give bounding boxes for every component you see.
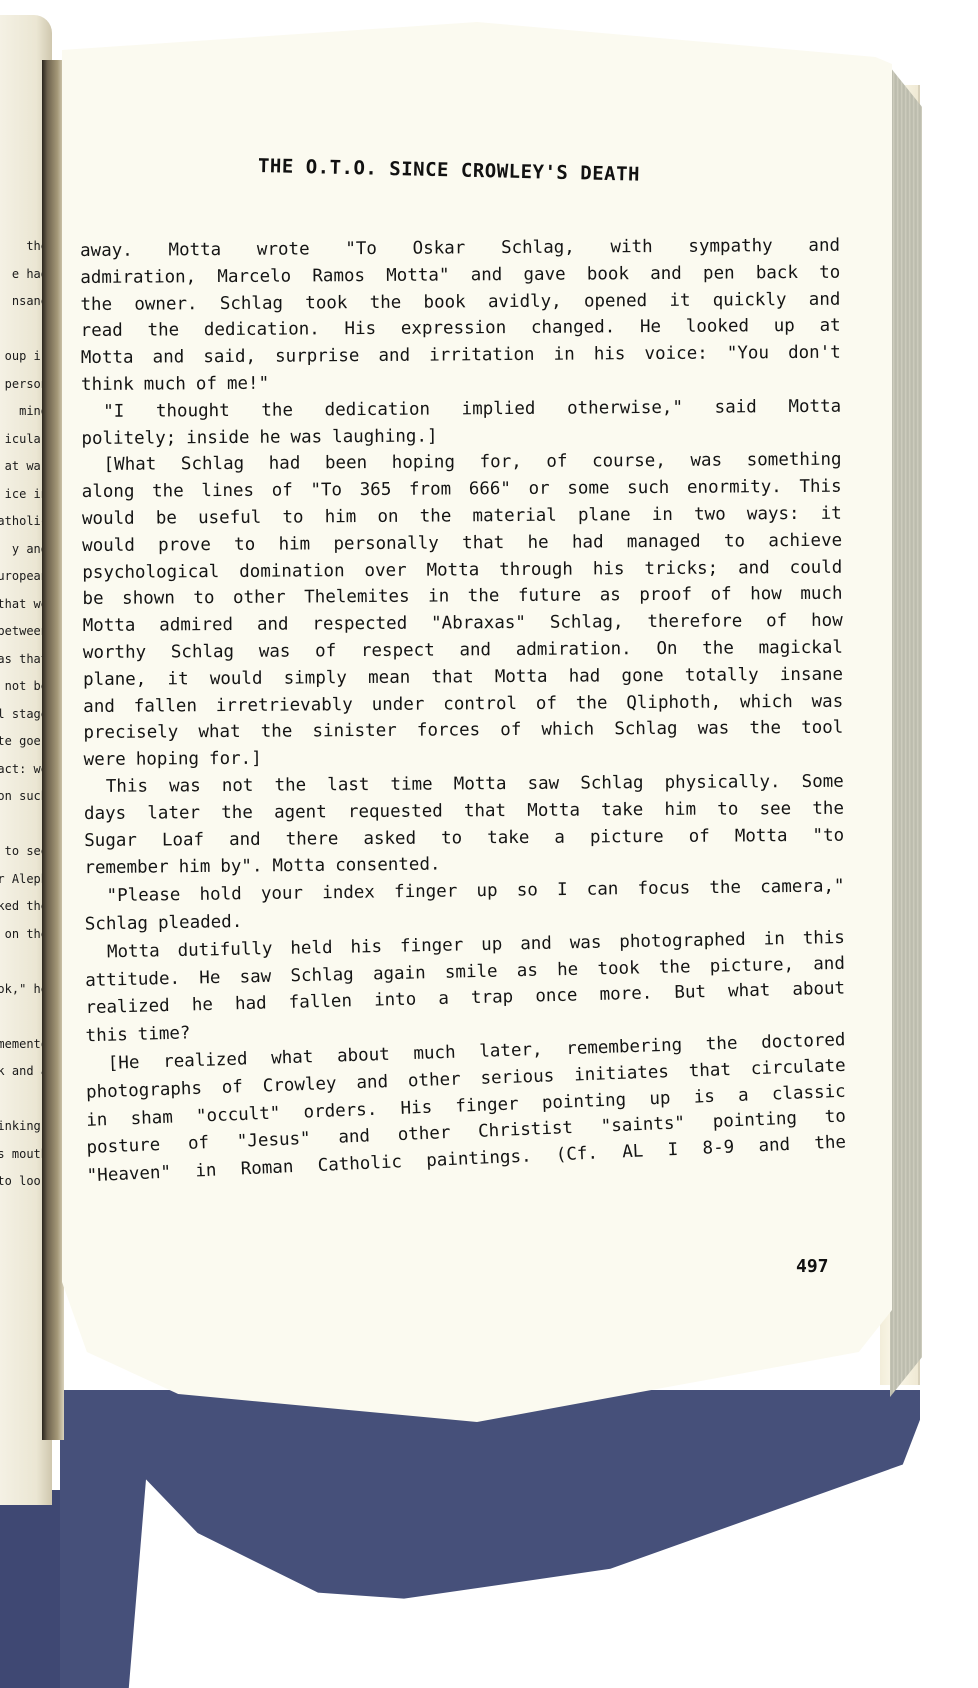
word: the xyxy=(705,1031,737,1059)
word: how xyxy=(811,608,843,635)
word: Motta xyxy=(272,853,325,880)
word: last xyxy=(327,772,369,799)
word: He xyxy=(640,314,661,341)
word: psychological xyxy=(82,559,219,587)
word: Qliphoth, xyxy=(626,689,721,716)
word: worthy xyxy=(83,640,146,667)
word: hoping xyxy=(136,746,199,773)
word: him xyxy=(325,504,357,531)
word: of xyxy=(500,717,521,744)
word: the xyxy=(370,289,402,316)
word: AL xyxy=(622,1139,644,1167)
word: paintings. xyxy=(426,1144,532,1175)
word: the xyxy=(659,954,691,982)
word: opened xyxy=(584,288,647,315)
word: some xyxy=(567,475,609,502)
word: Thelemites xyxy=(304,584,410,612)
page-edges-stack xyxy=(890,67,922,1397)
word: the xyxy=(702,635,734,662)
word: I xyxy=(557,877,568,904)
word: admiration. xyxy=(516,636,632,664)
left-page-fragment: ked the xyxy=(0,893,48,921)
word: Motta xyxy=(81,345,134,372)
left-page-fragment: the xyxy=(0,233,48,261)
word: gave xyxy=(523,261,565,288)
word: future xyxy=(518,583,581,610)
word: along xyxy=(82,479,135,506)
word: him xyxy=(179,854,211,881)
word: about xyxy=(792,976,845,1004)
word: realized xyxy=(85,993,170,1022)
word: laughing.] xyxy=(332,423,438,451)
word: personally xyxy=(333,530,439,558)
word: other xyxy=(233,585,286,612)
word: of xyxy=(546,449,567,476)
word: take xyxy=(487,824,529,851)
word: fallen xyxy=(134,693,197,720)
word: he xyxy=(528,530,549,557)
word: control xyxy=(443,691,517,718)
word: of xyxy=(689,823,710,850)
word: 666" xyxy=(469,476,511,503)
word: remember xyxy=(84,855,169,883)
word: was xyxy=(259,638,291,665)
word: trap xyxy=(471,984,514,1012)
word: fallen xyxy=(288,989,352,1017)
word: finger xyxy=(394,879,458,907)
word: Schlag xyxy=(85,910,149,938)
word: see xyxy=(759,796,791,823)
word: voice: xyxy=(644,341,707,368)
text-line: alongthelinesof"To365from666"orsomesuche… xyxy=(82,474,842,506)
word: later xyxy=(147,800,200,827)
word: of xyxy=(315,638,336,665)
word: Schlag xyxy=(181,451,244,478)
word: and xyxy=(813,950,845,978)
left-page-fragment xyxy=(0,948,48,976)
left-page-fragment: ice in xyxy=(0,481,48,509)
page-number: 497 xyxy=(796,1256,829,1277)
word: Schlag, xyxy=(550,609,624,636)
word: smile xyxy=(445,958,498,986)
word: tool xyxy=(801,715,843,742)
word: Motta xyxy=(454,771,507,798)
word: in xyxy=(195,1158,217,1186)
left-page-fragment: ook," he xyxy=(0,976,48,1004)
word: His xyxy=(344,316,376,343)
word: the xyxy=(420,503,452,530)
word: Schlag xyxy=(614,716,677,743)
word: as xyxy=(600,583,621,610)
left-page-fragment: act: we xyxy=(0,756,48,784)
word: pleaded. xyxy=(158,909,243,937)
left-page-fragment: r Aleph xyxy=(0,866,48,894)
left-page-fragment xyxy=(0,316,48,344)
text-line: wouldprovetohimpersonallythathehadmanage… xyxy=(82,527,842,559)
word: under xyxy=(372,691,425,718)
word: up xyxy=(476,878,497,905)
word: him xyxy=(278,531,310,558)
word: [What xyxy=(103,452,156,479)
word: something xyxy=(747,447,842,474)
word: of xyxy=(188,1130,210,1158)
word: and xyxy=(738,555,770,582)
book-gutter xyxy=(42,60,64,1440)
word: saw xyxy=(527,771,559,798)
word: was xyxy=(811,688,843,715)
word: over xyxy=(364,557,406,584)
word: took xyxy=(305,290,347,317)
text-line: "Ithoughtthededicationimpliedotherwise,"… xyxy=(81,393,841,425)
word: time xyxy=(390,771,432,798)
word: don't xyxy=(788,340,841,367)
word: the xyxy=(749,715,781,742)
word: respect xyxy=(361,637,435,664)
word: he xyxy=(192,992,214,1019)
word: and xyxy=(153,344,185,371)
left-page-fragment: to look xyxy=(0,1168,48,1196)
word: His xyxy=(400,1094,433,1122)
word: inside xyxy=(186,424,249,451)
word: dutifully xyxy=(177,936,272,965)
word: Ramos xyxy=(312,263,365,290)
word: photographed xyxy=(619,927,746,956)
word: consented. xyxy=(335,852,441,880)
word: mean xyxy=(368,664,410,691)
word: Loaf xyxy=(162,827,204,854)
word: This xyxy=(799,474,841,501)
word: Some xyxy=(802,769,844,796)
word: remembering xyxy=(566,1032,683,1063)
word: took xyxy=(597,955,640,983)
word: changed. xyxy=(531,315,615,342)
word: the xyxy=(274,772,306,799)
word: and xyxy=(229,826,261,853)
word: saw xyxy=(239,963,271,991)
left-page-fragment xyxy=(0,811,48,839)
left-page-fragment: l stage xyxy=(0,701,48,729)
word: index xyxy=(322,880,375,907)
word: doctored xyxy=(761,1027,846,1056)
word: or xyxy=(529,476,550,503)
word: 365 xyxy=(360,477,392,504)
word: magickal xyxy=(758,635,842,662)
word: that xyxy=(688,1057,731,1085)
word: and xyxy=(83,693,115,720)
word: a xyxy=(554,824,565,851)
word: what xyxy=(728,978,771,1006)
word: and xyxy=(471,262,503,289)
word: me!" xyxy=(227,371,269,398)
word: back xyxy=(756,260,798,287)
word: once xyxy=(535,983,578,1011)
word: of xyxy=(272,478,293,505)
word: Motta xyxy=(83,613,136,640)
word: on xyxy=(377,504,398,531)
word: much xyxy=(144,371,186,398)
word: in xyxy=(428,584,449,611)
left-page-fragment: memento xyxy=(0,1031,48,1059)
word: "to xyxy=(812,822,844,849)
left-page-fragment: that we xyxy=(0,591,48,619)
word: read xyxy=(81,318,123,345)
word: the xyxy=(709,875,741,902)
word: is xyxy=(693,1083,715,1111)
word: through xyxy=(499,556,573,583)
word: from xyxy=(409,477,451,504)
text-line: Mottaandsaid,surpriseandirritationinhisv… xyxy=(81,340,841,372)
word: and xyxy=(809,286,841,313)
word: realized xyxy=(163,1046,248,1075)
word: of xyxy=(710,582,731,609)
left-page-fragment: y and xyxy=(0,536,48,564)
word: be xyxy=(156,505,177,532)
word: of xyxy=(766,608,787,635)
word: admiration, xyxy=(80,264,196,292)
word: not xyxy=(222,773,254,800)
word: book xyxy=(587,261,629,288)
word: by". xyxy=(220,854,262,881)
word: to xyxy=(819,259,840,286)
left-page-fragment: icula, xyxy=(0,426,48,454)
word: the xyxy=(468,583,500,610)
word: away. xyxy=(80,238,133,265)
word: simply xyxy=(284,665,347,692)
word: Marcelo xyxy=(217,263,291,290)
word: forces xyxy=(417,718,480,745)
word: otherwise," xyxy=(567,395,683,423)
word: it xyxy=(821,501,842,528)
word: more. xyxy=(599,981,652,1009)
word: was xyxy=(698,716,730,743)
word: book xyxy=(423,289,465,316)
word: up xyxy=(774,313,795,340)
word: his xyxy=(594,341,626,368)
word: posture xyxy=(86,1132,161,1162)
word: up xyxy=(481,931,503,958)
word: there xyxy=(286,826,339,853)
word: a xyxy=(438,986,449,1013)
word: which xyxy=(541,717,594,744)
word: such xyxy=(627,475,669,502)
word: Schlag, xyxy=(501,235,575,262)
word: and xyxy=(338,1124,371,1152)
text-line: plane,itwouldsimplymeanthatMottahadgonet… xyxy=(83,661,843,693)
left-page-fragment: on such xyxy=(0,783,48,811)
word: admired xyxy=(159,612,233,639)
word: attitude. xyxy=(85,965,180,994)
left-page-text: thee hadnsane oup ispersonmindicula,at w… xyxy=(0,233,48,1196)
word: was xyxy=(169,773,201,800)
word: Motta xyxy=(527,797,580,824)
word: managed xyxy=(627,528,701,555)
word: his xyxy=(350,934,382,961)
word: Oskar xyxy=(413,235,466,262)
word: the xyxy=(221,800,253,827)
word: He xyxy=(199,964,221,991)
word: time? xyxy=(137,1020,190,1048)
word: finger xyxy=(455,1091,519,1120)
word: agent xyxy=(274,799,327,826)
word: the xyxy=(261,719,293,746)
word: pen xyxy=(703,260,735,287)
word: to xyxy=(234,532,255,559)
word: the xyxy=(812,795,844,822)
word: was xyxy=(290,424,322,451)
word: orders. xyxy=(303,1096,378,1126)
left-page-fragment: e had xyxy=(0,261,48,289)
word: what xyxy=(198,719,240,746)
word: asked xyxy=(363,825,416,852)
word: Crowley xyxy=(262,1071,337,1100)
word: two xyxy=(694,501,726,528)
word: serious xyxy=(480,1063,555,1092)
left-page-fragment: te goes xyxy=(0,728,48,756)
word: this xyxy=(85,1022,128,1050)
word: other xyxy=(397,1120,451,1149)
word: dedication. xyxy=(204,317,320,345)
word: the xyxy=(80,291,112,318)
word: "occult" xyxy=(196,1100,281,1130)
word: [He xyxy=(107,1050,139,1078)
left-page-fragment: at war xyxy=(0,453,48,481)
word: in xyxy=(86,1107,108,1135)
left-page-fragment: not be xyxy=(0,673,48,701)
word: held xyxy=(290,935,333,963)
word: course, xyxy=(592,448,666,475)
word: 8-9 xyxy=(702,1134,735,1162)
book-shadow xyxy=(60,1390,920,1688)
word: Motta xyxy=(495,663,548,690)
word: hold xyxy=(199,881,242,908)
word: But xyxy=(674,979,706,1007)
word: irritation xyxy=(429,342,535,370)
word: camera," xyxy=(760,873,845,901)
word: for, xyxy=(480,449,522,476)
word: how xyxy=(750,581,782,608)
word: and xyxy=(378,343,410,370)
word: Motta" xyxy=(386,262,449,289)
left-page-fragment: oup is xyxy=(0,343,48,371)
word: avidly, xyxy=(488,288,562,315)
word: sympathy xyxy=(688,233,772,260)
word: and xyxy=(459,637,491,664)
word: he xyxy=(259,424,280,451)
word: be xyxy=(82,586,103,613)
word: Schlag xyxy=(290,961,354,989)
word: it xyxy=(669,287,690,314)
word: therefore xyxy=(647,609,742,636)
word: at xyxy=(819,313,840,340)
word: Motta xyxy=(168,237,221,264)
word: enormity. xyxy=(687,474,782,501)
word: lines xyxy=(201,478,254,505)
word: domination xyxy=(239,558,345,586)
word: to xyxy=(282,504,303,531)
word: said xyxy=(715,394,757,421)
word: "I xyxy=(103,398,124,425)
word: Motta xyxy=(788,393,841,420)
left-page-fragment: to see xyxy=(0,838,48,866)
word: was xyxy=(690,448,722,475)
word: would xyxy=(82,506,135,533)
word: looked xyxy=(686,314,749,341)
word: in xyxy=(652,502,673,529)
word: achieve xyxy=(768,527,842,554)
word: were xyxy=(84,747,126,774)
word: totally xyxy=(685,662,759,689)
word: that xyxy=(462,530,504,557)
word: later, xyxy=(479,1037,543,1066)
left-page-fragment: nsane xyxy=(0,288,48,316)
word: Motta xyxy=(426,557,479,584)
word: "You xyxy=(727,340,769,367)
word: other xyxy=(407,1066,461,1095)
word: this xyxy=(802,925,845,953)
word: had xyxy=(269,451,301,478)
body-text: away.Mottawrote"ToOskarSchlag,withsympat… xyxy=(80,233,847,1176)
word: thought xyxy=(156,398,230,425)
word: initiates xyxy=(574,1059,670,1089)
table-shadow-left xyxy=(0,1490,70,1688)
word: requested xyxy=(348,798,443,825)
word: proof xyxy=(639,582,692,609)
word: owner. xyxy=(134,291,197,318)
word: This xyxy=(106,773,148,800)
word: to xyxy=(717,796,738,823)
left-page-fragment: k and a xyxy=(0,1058,48,1086)
word: Schlag xyxy=(171,639,234,666)
word: him xyxy=(664,796,696,823)
word: in xyxy=(554,342,575,369)
word: plane, xyxy=(83,666,146,693)
word: politely; xyxy=(81,425,176,452)
left-page-fragment: hinking. xyxy=(0,1113,48,1141)
word: much xyxy=(413,1040,456,1068)
word: tricks; xyxy=(644,555,718,582)
word: physically. xyxy=(665,769,781,797)
word: of xyxy=(536,690,557,717)
word: Schlag xyxy=(220,290,283,317)
word: Motta xyxy=(107,938,160,966)
word: Catholic xyxy=(317,1149,402,1180)
word: wrote xyxy=(257,236,310,263)
word: "Heaven" xyxy=(86,1160,171,1191)
word: a xyxy=(738,1082,750,1109)
word: think xyxy=(81,372,134,399)
word: (Cf. xyxy=(555,1141,598,1170)
word: can xyxy=(587,876,619,903)
word: about xyxy=(337,1042,391,1070)
word: which xyxy=(740,689,793,716)
word: to xyxy=(824,1104,846,1132)
word: "Please xyxy=(106,882,180,910)
word: quickly xyxy=(713,287,787,314)
word: picture, xyxy=(709,951,794,980)
word: focus xyxy=(637,875,690,902)
word: irretrievably xyxy=(216,692,353,720)
word: been xyxy=(325,450,367,477)
word: insane xyxy=(780,661,843,688)
left-page-fragment: on the xyxy=(0,921,48,949)
word: implied xyxy=(462,396,536,423)
left-page-fragment: between xyxy=(0,618,48,646)
word: what xyxy=(271,1044,314,1072)
word: Sugar xyxy=(84,827,137,854)
word: to xyxy=(193,585,214,612)
word: that xyxy=(431,664,473,691)
word: surprise xyxy=(275,343,359,370)
